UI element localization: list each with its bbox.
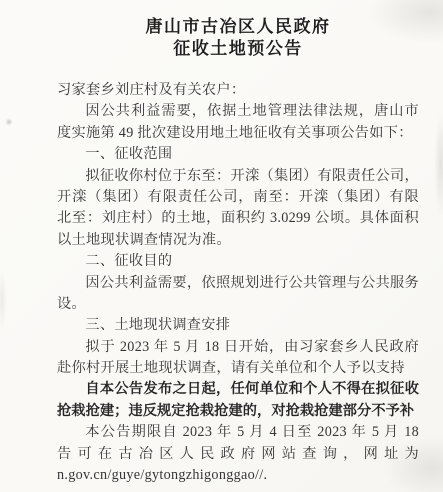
validity-line: 本公告期限自 2023 年 5 月 4 日至 2023 年 5 月 18 日。本… [57,422,419,443]
scope-line: 以土地现状调查情况为准。 [57,230,419,251]
scope-line: 拟征收你村位于东至：开滦（集团）有限责任公司，西至： [57,166,419,187]
url-line: n.gov.cn/guye/gytongzhigonggao//. [57,465,419,486]
announcement-document: 唐山市古冶区人民政府 征收土地预公告 习家套乡刘庄村及有关农户： 因公共利益需要… [57,16,419,486]
survey-line: 拟于 2023 年 5 月 18 日开始，由习家套乡人民政府组织人员， [57,337,419,358]
addressee-line: 习家套乡刘庄村及有关农户： [57,80,419,101]
section-heading-3: 三、土地现状调查安排 [57,315,419,336]
scanned-announcement-page: 唐山市古冶区人民政府 征收土地预公告 习家套乡刘庄村及有关农户： 因公共利益需要… [0,0,443,492]
scope-line: 开滦（集团）有限责任公司，南至：开滦（集团）有限责任公司， [57,187,419,208]
intro-line: 度实施第 49 批次建设用地土地征收有关事项公告如下： [57,123,419,144]
survey-line: 赴你村开展土地现状调查，请有关单位和个人予以支持配合。 [57,358,419,379]
title-line-1: 唐山市古冶区人民政府 [57,16,419,38]
scope-line: 北至：刘庄村）的土地，面积约 3.0299 公顷。具体面积和地类 [57,208,419,229]
warning-line: 自本公告发布之日起，任何单位和个人不得在拟征收范围内 [57,379,419,400]
warning-line: 抢栽抢建；违反规定抢栽抢建的，对抢栽抢建部分不予补偿。 [57,401,419,422]
intro-line: 因公共利益需要，依据土地管理法律法规，唐山市 2016 年 [57,101,419,122]
section-heading-2: 二、征收目的 [57,251,419,272]
section-heading-1: 一、征收范围 [57,144,419,165]
validity-line: 告可在古冶区人民政府网站查询，网址为 http://guye.tangsha [57,444,419,465]
document-title: 唐山市古冶区人民政府 征收土地预公告 [57,16,419,60]
purpose-line: 设。 [57,294,419,315]
title-line-2: 征收土地预公告 [57,38,419,60]
purpose-line: 因公共利益需要，依照规划进行公共管理与公共服务用地建 [57,273,419,294]
